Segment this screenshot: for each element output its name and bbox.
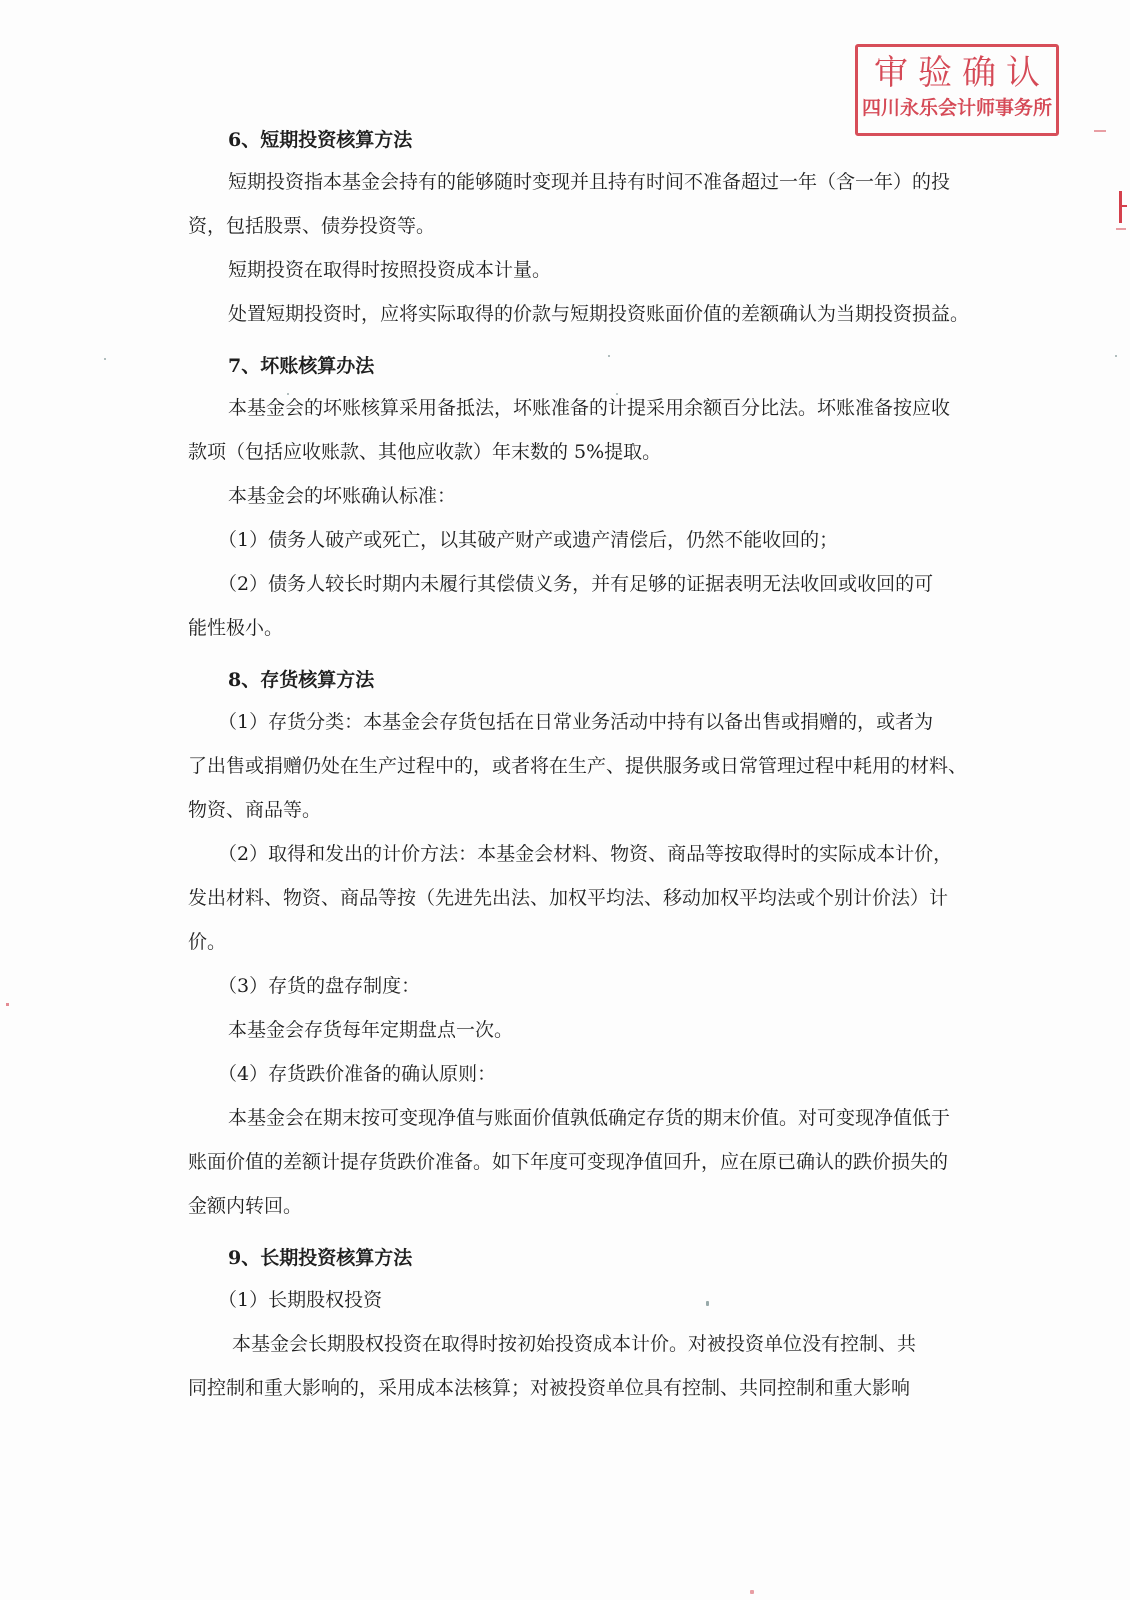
paragraph-line: 本基金会存货每年定期盘点一次。: [228, 1018, 513, 1042]
paragraph-line: 本基金会的坏账确认标准：: [228, 484, 456, 508]
paragraph-line: 本基金会在期末按可变现净值与账面价值孰低确定存货的期末价值。对可变现净值低于: [228, 1106, 950, 1130]
paragraph-line: 价。: [188, 930, 226, 954]
scan-speck: [608, 355, 610, 357]
scan-speck: [616, 393, 618, 395]
scan-speck: [706, 1301, 709, 1306]
paragraph-line: 短期投资在取得时按照投资成本计量。: [228, 258, 551, 282]
stamp-title: 审验确认: [858, 51, 1056, 95]
paragraph-line: 账面价值的差额计提存货跌价准备。如下年度可变现净值回升，应在原已确认的跌价损失的: [188, 1150, 948, 1174]
scan-speck: [1115, 355, 1117, 357]
paragraph-line: （1）债务人破产或死亡，以其破产财产或遗产清偿后，仍然不能收回的；: [218, 528, 838, 552]
seal-edge-mark: [1119, 205, 1127, 207]
seal-edge-mark: [1116, 228, 1126, 230]
paragraph-line: 本基金会的坏账核算采用备抵法，坏账准备的计提采用余额百分比法。坏账准备按应收: [228, 396, 950, 420]
paragraph-line: 款项（包括应收账款、其他应收款）年末数的 5%提取。: [188, 440, 661, 464]
stamp-subtitle: 四川永乐会计师事务所: [858, 95, 1056, 121]
paragraph-line: 本基金会长期股权投资在取得时按初始投资成本计价。对被投资单位没有控制、共: [232, 1332, 916, 1356]
paragraph-line: 资，包括股票、债券投资等。: [188, 214, 435, 238]
section-heading: 8、存货核算方法: [228, 668, 374, 692]
paragraph-line: 处置短期投资时，应将实际取得的价款与短期投资账面价值的差额确认为当期投资损益。: [228, 302, 969, 326]
paragraph-line: （1）长期股权投资: [218, 1288, 382, 1312]
paragraph-line: 了出售或捐赠仍处在生产过程中的，或者将在生产、提供服务或日常管理过程中耗用的材料…: [188, 754, 967, 778]
paragraph-line: （4）存货跌价准备的确认原则：: [218, 1062, 496, 1086]
audit-confirmation-stamp: 审验确认 四川永乐会计师事务所: [855, 44, 1059, 136]
seal-edge-mark: [6, 1003, 9, 1006]
paragraph-line: 同控制和重大影响的，采用成本法核算；对被投资单位具有控制、共同控制和重大影响: [188, 1376, 910, 1400]
section-heading: 6、短期投资核算方法: [228, 128, 412, 152]
document-page: 审验确认 四川永乐会计师事务所 6、短期投资核算方法短期投资指本基金会持有的能够…: [0, 0, 1130, 1600]
seal-edge-mark: [1094, 130, 1106, 132]
paragraph-line: （2）债务人较长时期内未履行其偿债义务，并有足够的证据表明无法收回或收回的可: [218, 572, 933, 596]
paragraph-line: 发出材料、物资、商品等按（先进先出法、加权平均法、移动加权平均法或个别计价法）计: [188, 886, 948, 910]
paragraph-line: 物资、商品等。: [188, 798, 321, 822]
paragraph-line: 短期投资指本基金会持有的能够随时变现并且持有时间不准备超过一年（含一年）的投: [228, 170, 950, 194]
paragraph-line: 金额内转回。: [188, 1194, 302, 1218]
section-heading: 9、长期投资核算方法: [228, 1246, 412, 1270]
paragraph-line: （3）存货的盘存制度：: [218, 974, 420, 998]
paragraph-line: 能性极小。: [188, 616, 283, 640]
paragraph-line: （1）存货分类：本基金会存货包括在日常业务活动中持有以备出售或捐赠的，或者为: [218, 710, 933, 734]
section-heading: 7、坏账核算办法: [228, 354, 374, 378]
seal-edge-mark: [1119, 191, 1122, 223]
scan-speck: [750, 1590, 754, 1594]
paragraph-line: （2）取得和发出的计价方法：本基金会材料、物资、商品等按取得时的实际成本计价，: [218, 842, 952, 866]
scan-speck: [287, 393, 289, 395]
scan-speck: [104, 358, 106, 360]
